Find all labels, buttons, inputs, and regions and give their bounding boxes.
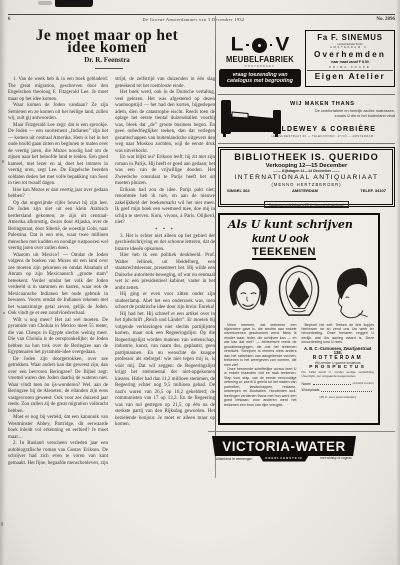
lov-subline: OOSTERBEEK <box>219 65 301 68</box>
victoria-name: VICTORIA-WATER <box>222 438 346 454</box>
querido-address-city: AMSTERDAM <box>292 188 318 193</box>
column-divider <box>215 16 216 478</box>
ad-lov-meubelfabriek: L V MEUBELFABRIEK OOSTERBEEK vraag toeze… <box>219 36 301 87</box>
article-title: Je moet maar op het idee komen <box>2 30 212 54</box>
abc-headline-line2: kunt U ook TEEKENEN <box>224 232 374 258</box>
querido-sale-dates: Verkooping 12—15 December <box>221 163 392 169</box>
ad-separator-rule <box>218 94 395 95</box>
article-paragraph: Waarom uit Mexico? — Omdat de Joden volg… <box>8 253 108 318</box>
scan-artifact-smudge <box>38 1 52 5</box>
byline-rule <box>95 68 123 69</box>
lov-letter-v: V <box>275 38 289 53</box>
querido-address-street: SINGEL 364 <box>227 188 250 193</box>
abc-headline-emphasis: TEEKENEN <box>252 246 316 261</box>
querido-firm: INTERNATIONAAL ANTIQUARIAAT <box>221 174 392 181</box>
scan-edge-right <box>396 0 400 565</box>
abc-name-hint: (duidelijk invullen) <box>353 382 374 386</box>
abc-headline-prefix: kunt U ook <box>252 233 309 245</box>
lov-banner-line1: vraag toezending van <box>221 72 299 78</box>
querido-catalogue-note: Catalogus verkrijgbaar à 25 ct. (gerest.… <box>264 201 350 208</box>
newspaper-page: 6 De Groene Amsterdammer van 3 December … <box>0 0 400 565</box>
koldewey-name: KOLDEWEY & CORBIÈRE <box>250 126 395 133</box>
article-paragraph: 1. Van de week heb ik in een boek geblad… <box>8 77 108 103</box>
sinemus-coupe: PRIMA COUPE <box>307 65 393 69</box>
sketch-child-head-icon <box>225 265 271 319</box>
querido-address-row: SINGEL 364 AMSTERDAM TELEF. 34107 <box>221 188 392 193</box>
sinemus-product: Overhemden <box>307 50 393 59</box>
abc-porto-note: (25 ct. voor porto insluiten) <box>302 395 375 399</box>
abc-name-label: Naam <box>302 382 311 386</box>
article-paragraph: Hier heb ik een politiek denkbeeld. Prof… <box>115 253 215 292</box>
ad-separator-rule <box>218 143 395 144</box>
article-paragraph: 3. Het is echter niet alleen op het gebi… <box>115 234 215 254</box>
article-paragraph: Wilt u nog meer? Het zal wel moeten. De … <box>8 318 108 357</box>
lov-company-name: MEUBELFABRIEK <box>219 55 301 65</box>
lov-letter-l: L <box>231 38 244 53</box>
lov-circle-o-icon <box>252 38 267 53</box>
abc-paragraph: Beproef het zelf. Teeken de drie kopjes … <box>302 323 375 345</box>
abc-firm-city: ROTTERDAM <box>302 356 375 360</box>
abc-sketches <box>224 261 374 319</box>
article-paragraph: Maar Fitzgerald Lee zegt: dat is een spr… <box>8 123 108 188</box>
article-paragraph: Op dat ongerijmde cijfer bouwt hij zijn … <box>8 201 108 253</box>
scan-speck <box>1 522 3 526</box>
article-byline: Dr. R. Feenstra <box>2 56 212 64</box>
masthead: 6 De Groene Amsterdammer van 3 December … <box>8 14 395 22</box>
koldewey-address: LEIDSCHESTRAAT 30 — TELEFOONNO. 37733 — … <box>250 135 395 138</box>
abc-body-left: Velen meenen, dat teekenen een bijzonder… <box>224 323 297 408</box>
abc-body: Velen meenen, dat teekenen een bijzonder… <box>224 323 374 408</box>
abc-form-city-line: Woonplaats <box>302 388 375 392</box>
abc-name-fill-line <box>313 382 351 385</box>
ad-sinemus: Fa F. SINEMUS Leidschestraat 50-52 AMSTE… <box>305 30 395 87</box>
abc-headline-line1: Als U kunt schrijven <box>224 218 374 231</box>
lov-banner-line2: catalogus met begrooting <box>221 78 299 84</box>
scan-speck <box>3 312 5 314</box>
article-paragraph: * * * <box>115 227 215 234</box>
article-paragraph: Erikson had zoo de idee. Parijs pakt nie… <box>115 188 215 227</box>
victoria-right-note: met whisky of cognac <box>315 456 357 460</box>
article-paragraph: Hij had het. Hij schreef er een artikel … <box>115 312 215 429</box>
article-body: 1. Van de week heb ik in een boek geblad… <box>8 77 215 475</box>
masthead-title: De Groene Amsterdammer van 3 December 19… <box>142 17 244 22</box>
abc-form-name-line: Naam (duidelijk invullen) <box>302 382 375 386</box>
victoria-origin-tab: OBERLAHNSTEIN <box>259 455 309 462</box>
querido-owner: (MENNO HERTZBERGER) <box>221 182 392 187</box>
page-number: 6 <box>8 17 11 22</box>
sinemus-price: naar maat vanaf F 8.50 <box>307 60 393 64</box>
victoria-left-note: Uitstekend te vermengen <box>213 457 255 461</box>
abc-body-right: Beproef het zelf. Teeken de drie kopjes … <box>302 323 375 408</box>
issue-number: No. 2896 <box>376 17 395 22</box>
article-paragraph: Hoe kan Mozes er dan veertig jaar over g… <box>8 188 108 201</box>
ad-koldewey-corbiere: WIJ MAKEN THANS De comfortabele en heerl… <box>218 97 395 142</box>
article-paragraph: De Joden zijn doorgetrokken, over zee ge… <box>8 357 108 416</box>
querido-title: BIBLIOTHEEK IS. QUERIDO <box>221 152 392 162</box>
ad-victoria-water: VICTORIA-WATER <box>212 436 356 456</box>
abc-body-right-text: Beproef het zelf. Teeken de drie kopjes … <box>302 323 375 345</box>
querido-viewing-dates: —— Kijkdagen 11—14 December —— <box>221 169 392 173</box>
article-paragraph: Hij ging er even voor zitten onder zijn … <box>115 292 215 312</box>
ad-querido-auction: BIBLIOTHEEK IS. QUERIDO Verkooping 12—15… <box>218 147 395 207</box>
abc-prospectus-note: No. 1292 wordt U, zonder eenige verplich… <box>302 371 375 379</box>
sinemus-city: AMSTERDAM C. <box>307 46 393 49</box>
article-paragraph: Moet er nog bij verteld, dat een kanunni… <box>8 415 108 441</box>
article-paragraph: Het boek werd, ook in de Duitsche vertal… <box>115 90 215 155</box>
lov-dot-icon <box>270 44 273 47</box>
article-paragraph: Waar komen de Joden vandaan? Ze zijn Sem… <box>8 103 108 123</box>
sinemus-name: Fa F. SINEMUS <box>307 33 393 42</box>
abc-city-label: Woonplaats <box>302 388 320 392</box>
lov-dot-icon <box>246 44 249 47</box>
victoria-origin: OBERLAHNSTEIN <box>265 457 302 460</box>
abc-city-fill-line <box>321 389 372 392</box>
sketch-profile-head-icon <box>327 265 373 319</box>
scan-edge-left <box>0 0 7 565</box>
scan-speck <box>2 160 4 163</box>
sketch-hooded-head-icon <box>274 263 324 319</box>
koldewey-body: De comfortabele en heerlijk zachte matra… <box>304 109 395 119</box>
koldewey-heading: WIJ MAKEN THANS <box>290 101 355 107</box>
ad-separator-rule <box>208 431 395 432</box>
article-paragraph: En wat blijkt nu? Erikson leeft; hij zit… <box>115 155 215 188</box>
ad-abc-teekencursus: Als U kunt schrijven kunt U ook TEEKENEN <box>218 213 380 425</box>
abc-paragraph: Onze beroemde schriftelijke cursus leert… <box>224 367 297 407</box>
lov-logo: L V <box>219 36 301 54</box>
abc-paragraph: Velen meenen, dat teekenen een bijzonder… <box>224 323 297 368</box>
lov-banner: vraag toezending van catalogus met begro… <box>219 69 301 87</box>
sinemus-atelier: Eigen Atelier <box>307 70 393 81</box>
querido-address-phone: TELEF. 34107 <box>360 188 386 193</box>
scan-artifact-blob <box>55 0 93 7</box>
article-title-line2: idee komen <box>67 39 146 56</box>
